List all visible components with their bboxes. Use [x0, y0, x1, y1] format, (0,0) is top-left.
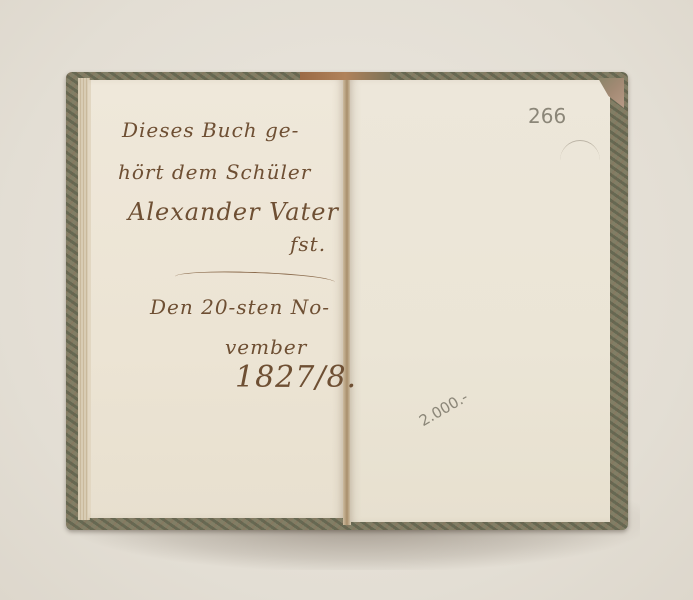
- inscription-line-3: Alexander Vater: [128, 198, 339, 226]
- pencil-mark: [560, 140, 600, 181]
- inscription-date-line-2: vember: [225, 335, 307, 359]
- inscription-line-4: fst.: [290, 232, 326, 256]
- pencil-page-number: 266: [528, 104, 566, 128]
- inscription-line-1: Dieses Buch ge-: [122, 118, 299, 142]
- inscription-date-line-1: Den 20-sten No-: [150, 295, 330, 319]
- inscription-line-2: hört dem Schüler: [118, 160, 311, 184]
- inscription-year: 1827/8.: [235, 360, 357, 395]
